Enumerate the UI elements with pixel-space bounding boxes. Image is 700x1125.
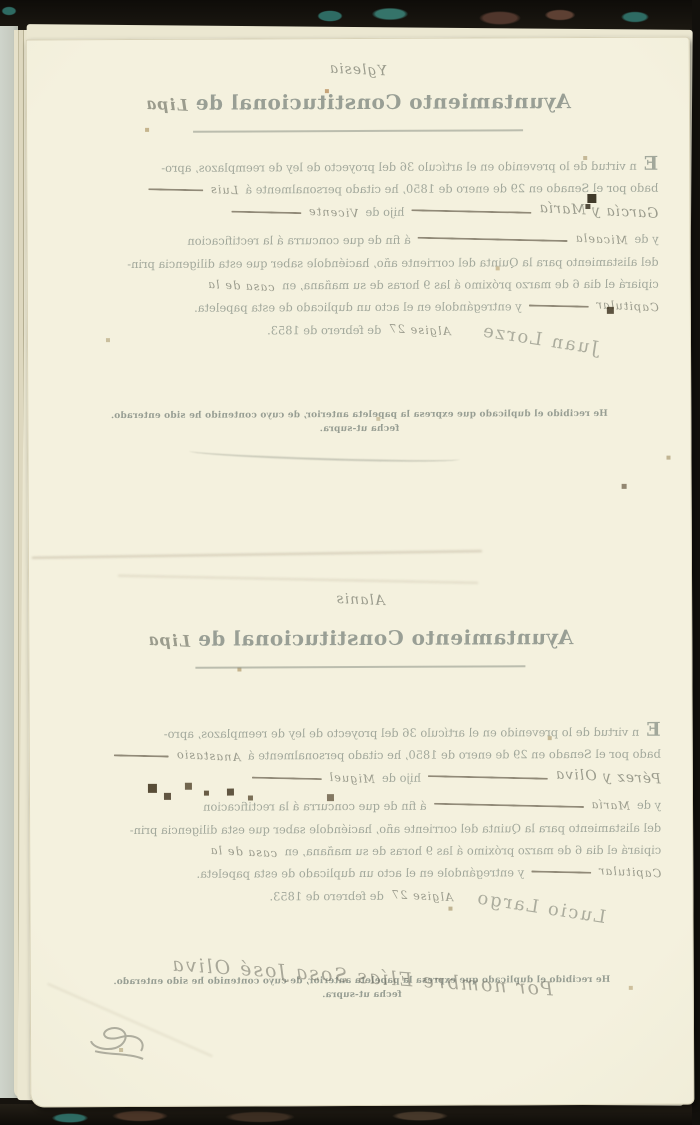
printed-text: bado por el Senado en 29 de enero de 185… bbox=[245, 181, 658, 197]
pen-stroke bbox=[428, 775, 548, 780]
printed-text: del alistamiento para la Quinta del corr… bbox=[127, 255, 658, 271]
printed-text: hijo de bbox=[382, 771, 421, 785]
printed-text: y entregándole en el acto un duplicado d… bbox=[194, 299, 522, 314]
marbled-cover-bottom-edge bbox=[0, 1104, 700, 1125]
printed-text: bado por el Senado en 29 de enero de 185… bbox=[248, 747, 661, 763]
dropcap: E bbox=[646, 725, 661, 735]
body-line-5: del alistamiento para la Quinta del corr… bbox=[59, 255, 659, 272]
handwritten-header: Yglesia bbox=[328, 61, 387, 80]
dropcap: E bbox=[644, 159, 659, 169]
body-line-5: del alistamiento para la Quinta del corr… bbox=[61, 821, 661, 838]
handwritten-place: Capitular bbox=[598, 863, 662, 880]
body-line-7: Capitular y entregándole en el acto un d… bbox=[61, 865, 661, 882]
printed-text: de febrero de 1853. bbox=[267, 323, 381, 337]
faint-scribble bbox=[189, 446, 459, 464]
body-line-2: bado por el Senado en 29 de enero de 185… bbox=[61, 747, 661, 764]
form-title: Ayuntamiento Constitucional de Lipa bbox=[58, 89, 658, 116]
printed-text: cipiará el dia 6 de marzo próximo á las … bbox=[282, 277, 659, 293]
showthrough-mirrored-layer: Yglesia Ayuntamiento Constitucional de L… bbox=[26, 37, 695, 1108]
printed-text: cipiará el dia 6 de marzo próximo á las … bbox=[285, 843, 662, 859]
handwritten-place: casa de la bbox=[207, 277, 275, 294]
printed-text: y de bbox=[637, 798, 661, 812]
handwritten-name: García y María bbox=[538, 201, 658, 221]
printed-text: y entregándole en el acto un duplicado d… bbox=[196, 865, 524, 880]
handwritten-town: Lipa bbox=[144, 94, 188, 115]
handwritten-place: Capitular bbox=[595, 297, 659, 314]
handwritten-name: Luis bbox=[210, 182, 239, 197]
handwritten-name: Vicente bbox=[308, 204, 359, 220]
handwritten-town: Lipa bbox=[147, 630, 191, 651]
pen-stroke bbox=[531, 870, 591, 873]
ink-blots bbox=[26, 39, 29, 42]
receipt-line-1: He recibido el duplicado que expresa la … bbox=[59, 409, 659, 422]
receipt-line-2: fecha ut-supra. bbox=[59, 423, 659, 436]
handwritten-name: Miguel bbox=[328, 770, 375, 786]
body-line-3: García y María hijo de Vicente bbox=[58, 204, 658, 221]
title-printed: Ayuntamiento Constitucional de bbox=[198, 625, 574, 651]
printed-text: de febrero de 1853. bbox=[269, 889, 383, 903]
pen-stroke bbox=[114, 754, 169, 757]
printed-text: á fin de que concurra á la rectificacion bbox=[203, 799, 426, 814]
pen-stroke bbox=[231, 211, 301, 215]
papeleta-form-1: Yglesia Ayuntamiento Constitucional de L… bbox=[58, 57, 660, 480]
rubric-flourish bbox=[85, 1011, 149, 1071]
handwritten-header: Alanis bbox=[335, 591, 385, 609]
printed-text: n virtud de lo prevenido en el artículo … bbox=[161, 159, 637, 175]
pen-stroke bbox=[412, 209, 532, 214]
form-title: Ayuntamiento Constitucional de Lipa bbox=[60, 625, 660, 652]
pen-stroke bbox=[434, 803, 584, 808]
body-line-7: Capitular y entregándole en el acto un d… bbox=[59, 299, 659, 316]
body-line-2: bado por el Senado en 29 de enero de 185… bbox=[58, 181, 658, 198]
pen-stroke bbox=[148, 188, 203, 191]
body-line-1: En virtud de lo prevenido en el artículo… bbox=[58, 159, 658, 176]
title-printed: Ayuntamiento Constitucional de bbox=[195, 89, 571, 115]
handwritten-name: Micaela bbox=[574, 231, 627, 248]
printed-text: y de bbox=[634, 232, 658, 246]
handwritten-name: María bbox=[590, 797, 630, 813]
pen-stroke bbox=[418, 237, 568, 242]
papeleta-form-2: Alanis Ayuntamiento Constitucional de Li… bbox=[60, 587, 662, 1010]
printed-text: hijo de bbox=[365, 205, 404, 219]
printed-text: á fin de que concurra á la rectificacion bbox=[187, 233, 410, 248]
paper-page: Yglesia Ayuntamiento Constitucional de L… bbox=[26, 37, 695, 1108]
printed-text: n virtud de lo prevenido en el artículo … bbox=[164, 725, 640, 741]
title-rule bbox=[193, 129, 523, 132]
body-line-4: y de María á fin de que concurra á la re… bbox=[61, 798, 661, 815]
pen-stroke bbox=[252, 777, 322, 781]
pen-stroke bbox=[529, 304, 589, 307]
handwritten-place: casa de la bbox=[210, 843, 278, 860]
printed-text: del alistamiento para la Quinta del corr… bbox=[130, 821, 661, 837]
title-rule bbox=[195, 665, 525, 668]
body-line-3: Pérez y Oliva hijo de Miguel bbox=[61, 770, 661, 787]
handwritten-date: Algise 27 bbox=[388, 321, 451, 338]
body-line-6: cipiará el dia 6 de marzo próximo á las … bbox=[61, 843, 661, 860]
body-line-6: cipiará el dia 6 de marzo próximo á las … bbox=[59, 277, 659, 294]
handwritten-name: Anastasio bbox=[176, 747, 242, 764]
body-line-4: y de Micaela á fin de que concurra á la … bbox=[59, 232, 659, 249]
body-line-1: En virtud de lo prevenido en el artículo… bbox=[61, 725, 661, 742]
handwritten-date: Algise 27 bbox=[391, 887, 454, 904]
handwritten-name: Pérez y Oliva bbox=[555, 767, 661, 786]
